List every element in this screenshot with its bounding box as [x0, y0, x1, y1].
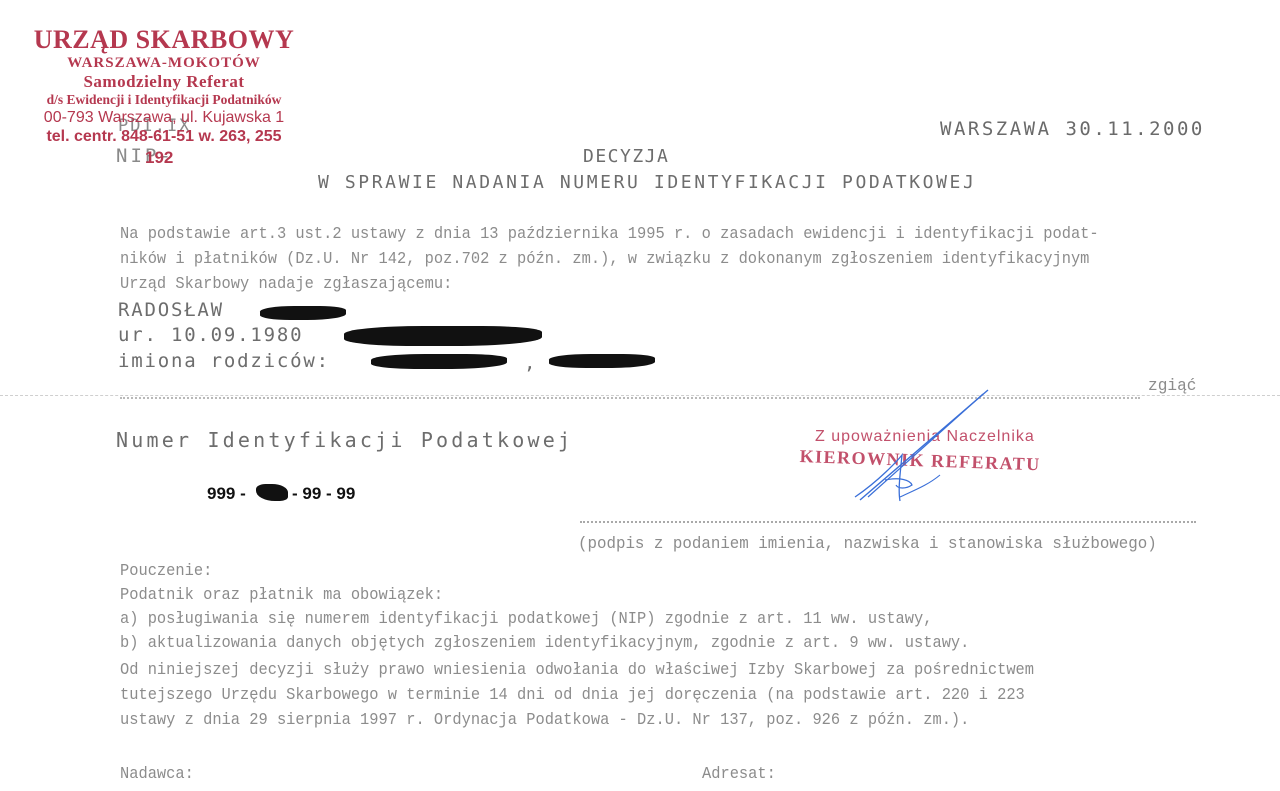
- instruction-line-2: a) posługiwania się numerem identyfikacj…: [120, 610, 932, 629]
- signature-dotted-line: [580, 521, 1196, 523]
- stamp-district: WARSZAWA-MOKOTÓW: [18, 54, 310, 72]
- stamp-phone: tel. centr. 848-61-51 w. 263, 255: [18, 127, 310, 146]
- redacted-mother-name: [549, 354, 655, 368]
- place-date: WARSZAWA 30.11.2000: [940, 118, 1205, 140]
- document-title: DECYZJA: [583, 146, 669, 167]
- legal-basis-line-3: Urząd Skarbowy nadaje zgłaszającemu:: [120, 275, 452, 294]
- legal-basis-line-1: Na podstawie art.3 ust.2 ustawy z dnia 1…: [120, 225, 1099, 244]
- stamp-department-scope: d/s Ewidencji i Identyfikacji Podatników: [18, 91, 310, 108]
- stamp-address: 00-793 Warszawa, ul. Kujawska 1: [18, 108, 310, 127]
- redacted-nip-part-2: [256, 484, 288, 501]
- instruction-line-3: b) aktualizowania danych objętych zgłosz…: [120, 634, 969, 653]
- instruction-line-4: Od niniejszej decyzji służy prawo wniesi…: [120, 661, 1034, 680]
- instruction-heading: Pouczenie:: [120, 562, 212, 581]
- redacted-birthplace: [344, 326, 542, 346]
- stamp-department: Samodzielny Referat: [18, 72, 310, 91]
- signature-caption: (podpis z podaniem imienia, nazwiska i s…: [578, 535, 1157, 554]
- parents-separator: ,: [524, 352, 537, 374]
- instruction-line-6: ustawy z dnia 29 sierpnia 1997 r. Ordyna…: [120, 711, 969, 730]
- instruction-line-5: tutejszego Urzędu Skarbowego w terminie …: [120, 686, 1025, 705]
- document-subtitle: W SPRAWIE NADANIA NUMERU IDENTYFIKACJI P…: [318, 172, 976, 193]
- redacted-father-name: [371, 354, 507, 369]
- taxpayer-first-name: RADOSŁAW: [118, 299, 224, 321]
- parents-label: imiona rodziców:: [118, 350, 330, 372]
- tax-office-stamp: URZĄD SKARBOWY WARSZAWA-MOKOTÓW Samodzie…: [18, 26, 310, 146]
- redacted-surname: [260, 306, 346, 320]
- taxpayer-birth-date: ur. 10.09.1980: [118, 324, 303, 346]
- fold-label: zgiąć: [1148, 377, 1196, 396]
- nip-label: Numer Identyfikacji Podatkowej: [116, 428, 573, 452]
- legal-basis-line-2: ników i płatników (Dz.U. Nr 142, poz.702…: [120, 250, 1089, 269]
- stamp-office-name: URZĄD SKARBOWY: [18, 26, 310, 54]
- instruction-line-1: Podatnik oraz płatnik ma obowiązek:: [120, 586, 443, 605]
- handwritten-signature: [840, 385, 1000, 510]
- nip-part-1: 999 -: [207, 484, 246, 504]
- fold-line: [0, 395, 1280, 396]
- handwritten-reference-number: 192: [145, 148, 173, 168]
- sender-label: Nadawca:: [120, 765, 194, 784]
- nip-part-3: - 99 - 99: [292, 484, 355, 504]
- recipient-label: Adresat:: [702, 765, 776, 784]
